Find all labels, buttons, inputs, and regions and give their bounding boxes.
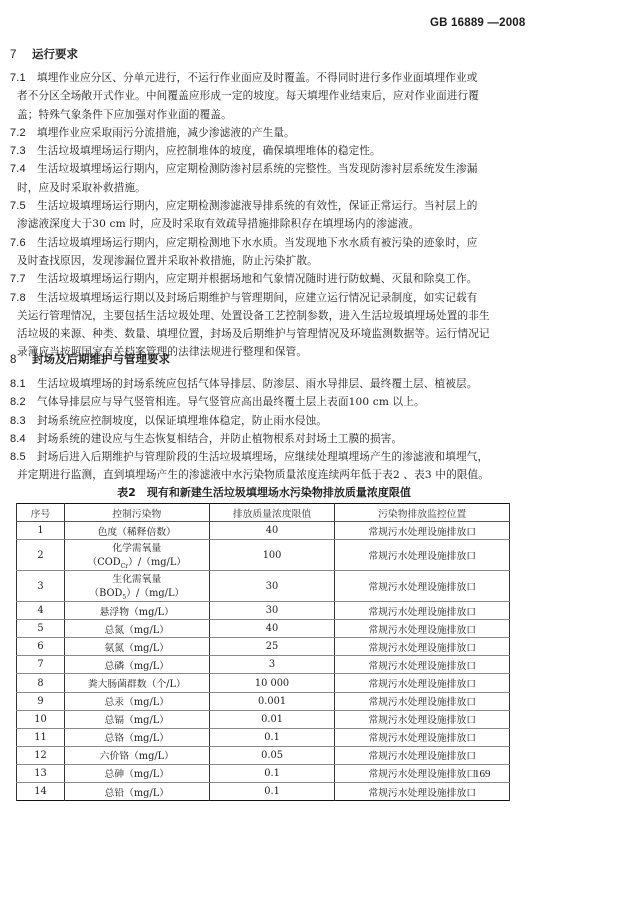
cell-index: 10	[17, 710, 65, 728]
clause-number: 7.2	[10, 124, 37, 142]
cell-index: 7	[17, 656, 65, 674]
header-pollutant: 控制污染物	[64, 504, 209, 522]
subscript: 5	[122, 594, 126, 601]
cell-index: 3	[17, 571, 65, 602]
section-8-body: 8.1生活垃圾填埋场的封场系统应包括气体导排层、防渗层、雨水导排层、最终覆土层、…	[10, 375, 520, 485]
clause-first-line: 8.5封场后进入后期维护与管理阶段的生活垃圾填埋场，应继续处理填埋场产生的渗滤液…	[10, 448, 520, 466]
clause-text: 生活垃圾填埋场运行期内，应定期并根据场地和气象情况随时进行防蚊蝇、灭鼠和除臭工作…	[37, 273, 478, 285]
cell-location: 常规污水处理设施排放口	[335, 692, 510, 710]
clause-number: 7.3	[10, 142, 37, 160]
header-index: 序号	[17, 504, 65, 522]
cell-location: 常规污水处理设施排放口	[335, 656, 510, 674]
cell-pollutant: 总磷（mg/L）	[64, 656, 209, 674]
section-title: 封场及后期维护与管理要求	[32, 352, 170, 366]
cell-location: 常规污水处理设施排放口	[335, 638, 510, 656]
clause-8-5: 8.5封场后进入后期维护与管理阶段的生活垃圾填埋场，应继续处理填埋场产生的渗滤液…	[10, 448, 520, 485]
cell-limit: 0.05	[209, 746, 335, 764]
cell-pollutant: 粪大肠菌群数（个/L）	[64, 674, 209, 692]
cell-limit: 40	[209, 620, 335, 638]
clause-number: 8.2	[10, 393, 37, 411]
clause-text: 生活垃圾填埋场运行期内，应控制堆体的坡度，确保填埋堆体的稳定性。	[37, 145, 381, 157]
table-row: 8粪大肠菌群数（个/L）10 000常规污水处理设施排放口	[17, 674, 510, 692]
table-header-row: 序号 控制污染物 排放质量浓度限值 污染物排放监控位置	[17, 504, 510, 522]
table-row: 13总砷（mg/L）0.1常规污水处理设施排放口	[17, 764, 510, 782]
clause-7-4: 7.4生活垃圾填埋场运行期内，应定期检测防渗衬层系统的完整性。当发现防渗衬层系统…	[10, 160, 520, 197]
cell-location: 常规污水处理设施排放口	[335, 746, 510, 764]
subscript: Cr	[121, 563, 128, 570]
cell-pollutant: 化学需氧量（CODCr）/（mg/L）	[64, 540, 209, 571]
clause-text: 封场后进入后期维护与管理阶段的生活垃圾填埋场，应继续处理填埋场产生的渗滤液和填埋…	[37, 451, 488, 463]
clause-continuation-line: 盖；特殊气象条件下应加强对作业面的覆盖。	[10, 106, 520, 124]
clause-text: 生活垃圾填埋场运行期内，应定期检测防渗衬层系统的完整性。当发现防渗衬层系统发生渗…	[37, 163, 478, 175]
cell-limit: 0.001	[209, 692, 335, 710]
clause-number: 7.5	[10, 197, 37, 215]
table-row: 6氨氮（mg/L）25常规污水处理设施排放口	[17, 638, 510, 656]
clause-text: 生活垃圾填埋场的封场系统应包括气体导排层、防渗层、雨水导排层、最终覆土层、植被层…	[37, 378, 478, 390]
table-row: 12六价铬（mg/L）0.05常规污水处理设施排放口	[17, 746, 510, 764]
cell-limit: 0.1	[209, 728, 335, 746]
clause-7-6: 7.6生活垃圾填埋场运行期内，应定期检测地下水水质。当发现地下水水质有被污染的迹…	[10, 234, 520, 271]
cell-index: 12	[17, 746, 65, 764]
cell-index: 5	[17, 620, 65, 638]
clause-7-1: 7.1填埋作业应分区、分单元进行，不运行作业面应及时覆盖。不得同时进行多作业面填…	[10, 69, 520, 124]
section-7-body: 7.1填埋作业应分区、分单元进行，不运行作业面应及时覆盖。不得同时进行多作业面填…	[10, 69, 520, 362]
clause-continuation-line: 者不分区全场敞开式作业。中间覆盖应形成一定的坡度。每天填埋作业结束后，应对作业面…	[10, 87, 520, 105]
table-row: 9总汞（mg/L）0.001常规污水处理设施排放口	[17, 692, 510, 710]
emission-limits-table: 序号 控制污染物 排放质量浓度限值 污染物排放监控位置 1色度（稀释倍数）40常…	[16, 503, 510, 801]
clause-text: 填埋作业应采取雨污分流措施，减少渗滤液的产生量。	[37, 127, 295, 139]
cell-location: 常规污水处理设施排放口	[335, 522, 510, 540]
clause-continuation-line: 渗滤液深度大于30 cm 时，应及时采取有效疏导措施排除积存在填埋场内的渗滤液。	[10, 215, 520, 233]
cell-index: 9	[17, 692, 65, 710]
cell-limit: 30	[209, 571, 335, 602]
clause-7-7: 7.7生活垃圾填埋场运行期内，应定期并根据场地和气象情况随时进行防蚊蝇、灭鼠和除…	[10, 270, 520, 288]
clause-first-line: 8.2气体导排层应与导气竖管相连。导气竖管应高出最终覆土层上表面100 cm 以…	[10, 393, 520, 411]
section-number: 7	[10, 49, 32, 61]
cell-limit: 40	[209, 522, 335, 540]
cell-index: 4	[17, 602, 65, 620]
clause-7-3: 7.3生活垃圾填埋场运行期内，应控制堆体的坡度，确保填埋堆体的稳定性。	[10, 142, 520, 160]
table-row: 2化学需氧量（CODCr）/（mg/L）100常规污水处理设施排放口	[17, 540, 510, 571]
clause-number: 8.5	[10, 448, 37, 466]
clause-7-5: 7.5生活垃圾填埋场运行期内，应定期检测渗滤液导排系统的有效性，保证正常运行。当…	[10, 197, 520, 234]
clause-first-line: 7.7生活垃圾填埋场运行期内，应定期并根据场地和气象情况随时进行防蚊蝇、灭鼠和除…	[10, 270, 520, 288]
clause-continuation-line: 时，应及时采取补救措施。	[10, 179, 520, 197]
clause-continuation-line: 并定期进行监测，直到填埋场产生的渗滤液中水污染物质量浓度连续两年低于表2 、表3…	[10, 466, 520, 484]
clause-first-line: 7.2填埋作业应采取雨污分流措施，减少渗滤液的产生量。	[10, 124, 520, 142]
cell-limit: 30	[209, 602, 335, 620]
table-row: 3生化需氧量（BOD5）/（mg/L）30常规污水处理设施排放口	[17, 571, 510, 602]
cell-location: 常规污水处理设施排放口	[335, 783, 510, 801]
clause-number: 7.1	[10, 69, 37, 87]
table-row: 10总镉（mg/L）0.01常规污水处理设施排放口	[17, 710, 510, 728]
clause-number: 8.3	[10, 412, 37, 430]
cell-location: 常规污水处理设施排放口	[335, 571, 510, 602]
section-8-heading: 8封场及后期维护与管理要求	[10, 351, 170, 367]
cell-pollutant: 悬浮物（mg/L）	[64, 602, 209, 620]
cell-index: 1	[17, 522, 65, 540]
clause-continuation-line: 关运行管理情况，主要包括生活垃圾处理、处置设备工艺控制参数，进入生活垃圾填埋场处…	[10, 307, 520, 325]
cell-index: 11	[17, 728, 65, 746]
cell-location: 常规污水处理设施排放口	[335, 674, 510, 692]
table-row: 11总铬（mg/L）0.1常规污水处理设施排放口	[17, 728, 510, 746]
clause-text: 生活垃圾填埋场运行期内，应定期检测渗滤液导排系统的有效性，保证正常运行。当衬层上…	[37, 200, 478, 212]
cell-pollutant: 总镉（mg/L）	[64, 710, 209, 728]
table-row: 14总铅（mg/L）0.1常规污水处理设施排放口	[17, 783, 510, 801]
cell-limit: 0.1	[209, 764, 335, 782]
clause-number: 7.4	[10, 160, 37, 178]
clause-8-3: 8.3封场系统应控制坡度，以保证填埋堆体稳定，防止雨水侵蚀。	[10, 412, 520, 430]
clause-number: 7.7	[10, 270, 37, 288]
cell-limit: 0.01	[209, 710, 335, 728]
cell-pollutant: 总氮（mg/L）	[64, 620, 209, 638]
cell-pollutant: 六价铬（mg/L）	[64, 746, 209, 764]
table-caption: 表2 现有和新建生活垃圾填埋场水污染物排放质量浓度限值	[0, 484, 528, 500]
cell-limit: 0.1	[209, 783, 335, 801]
table-row: 4悬浮物（mg/L）30常规污水处理设施排放口	[17, 602, 510, 620]
cell-limit: 25	[209, 638, 335, 656]
standard-code: GB 16889 —2008	[430, 17, 526, 29]
clause-number: 8.1	[10, 375, 37, 393]
section-title: 运行要求	[32, 47, 78, 61]
cell-pollutant: 氨氮（mg/L）	[64, 638, 209, 656]
clause-text: 封场系统的建设应与生态恢复相结合，并防止植物根系对封场土工膜的损害。	[37, 433, 402, 445]
cell-pollutant: 总铬（mg/L）	[64, 728, 209, 746]
clause-text: 封场系统应控制坡度，以保证填埋堆体稳定，防止雨水侵蚀。	[37, 415, 327, 427]
cell-index: 13	[17, 764, 65, 782]
cell-location: 常规污水处理设施排放口	[335, 602, 510, 620]
clause-first-line: 8.1生活垃圾填埋场的封场系统应包括气体导排层、防渗层、雨水导排层、最终覆土层、…	[10, 375, 520, 393]
cell-limit: 3	[209, 656, 335, 674]
clause-text: 生活垃圾填埋场运行期以及封场后期维护与管理期间，应建立运行情况记录制度，如实记载…	[37, 292, 478, 304]
clause-text: 生活垃圾填埋场运行期内，应定期检测地下水水质。当发现地下水水质有被污染的迹象时，…	[37, 237, 478, 249]
cell-index: 6	[17, 638, 65, 656]
header-location: 污染物排放监控位置	[335, 504, 510, 522]
clause-8-1: 8.1生活垃圾填埋场的封场系统应包括气体导排层、防渗层、雨水导排层、最终覆土层、…	[10, 375, 520, 393]
table-row: 1色度（稀释倍数）40常规污水处理设施排放口	[17, 522, 510, 540]
section-7-heading: 7运行要求	[10, 46, 78, 62]
clause-8-2: 8.2气体导排层应与导气竖管相连。导气竖管应高出最终覆土层上表面100 cm 以…	[10, 393, 520, 411]
cell-pollutant: 总砷（mg/L）	[64, 764, 209, 782]
cell-pollutant: 总汞（mg/L）	[64, 692, 209, 710]
cell-location: 常规污水处理设施排放口	[335, 728, 510, 746]
clause-first-line: 7.1填埋作业应分区、分单元进行，不运行作业面应及时覆盖。不得同时进行多作业面填…	[10, 69, 520, 87]
cell-index: 14	[17, 783, 65, 801]
cell-pollutant: 生化需氧量（BOD5）/（mg/L）	[64, 571, 209, 602]
table-row: 7总磷（mg/L）3常规污水处理设施排放口	[17, 656, 510, 674]
clause-text: 填埋作业应分区、分单元进行，不运行作业面应及时覆盖。不得同时进行多作业面填埋作业…	[37, 72, 478, 84]
cell-index: 2	[17, 540, 65, 571]
table-row: 5总氮（mg/L）40常规污水处理设施排放口	[17, 620, 510, 638]
clause-first-line: 7.5生活垃圾填埋场运行期内，应定期检测渗滤液导排系统的有效性，保证正常运行。当…	[10, 197, 520, 215]
header-limit: 排放质量浓度限值	[209, 504, 335, 522]
clause-first-line: 7.3生活垃圾填埋场运行期内，应控制堆体的坡度，确保填埋堆体的稳定性。	[10, 142, 520, 160]
clause-number: 8.4	[10, 430, 37, 448]
clause-first-line: 7.6生活垃圾填埋场运行期内，应定期检测地下水水质。当发现地下水水质有被污染的迹…	[10, 234, 520, 252]
cell-location: 常规污水处理设施排放口	[335, 620, 510, 638]
clause-7-2: 7.2填埋作业应采取雨污分流措施，减少渗滤液的产生量。	[10, 124, 520, 142]
cell-limit: 10 000	[209, 674, 335, 692]
page-number: 169	[474, 768, 491, 780]
clause-first-line: 7.4生活垃圾填埋场运行期内，应定期检测防渗衬层系统的完整性。当发现防渗衬层系统…	[10, 160, 520, 178]
clause-first-line: 7.8生活垃圾填埋场运行期以及封场后期维护与管理期间，应建立运行情况记录制度，如…	[10, 289, 520, 307]
clause-text: 气体导排层应与导气竖管相连。导气竖管应高出最终覆土层上表面100 cm 以上。	[37, 396, 425, 408]
cell-location: 常规污水处理设施排放口	[335, 710, 510, 728]
clause-number: 7.6	[10, 234, 37, 252]
clause-continuation-line: 活垃圾的来源、种类、数量、填埋位置，封场及后期维护与管理情况及环境监测数据等。运…	[10, 325, 520, 343]
cell-pollutant: 总铅（mg/L）	[64, 783, 209, 801]
clause-number: 7.8	[10, 289, 37, 307]
clause-first-line: 8.3封场系统应控制坡度，以保证填埋堆体稳定，防止雨水侵蚀。	[10, 412, 520, 430]
clause-8-4: 8.4封场系统的建设应与生态恢复相结合，并防止植物根系对封场土工膜的损害。	[10, 430, 520, 448]
cell-location: 常规污水处理设施排放口	[335, 540, 510, 571]
section-number: 8	[10, 354, 32, 366]
clause-first-line: 8.4封场系统的建设应与生态恢复相结合，并防止植物根系对封场土工膜的损害。	[10, 430, 520, 448]
cell-pollutant: 色度（稀释倍数）	[64, 522, 209, 540]
cell-limit: 100	[209, 540, 335, 571]
clause-continuation-line: 及时查找原因，发现渗漏位置并采取补救措施，防止污染扩散。	[10, 252, 520, 270]
cell-index: 8	[17, 674, 65, 692]
